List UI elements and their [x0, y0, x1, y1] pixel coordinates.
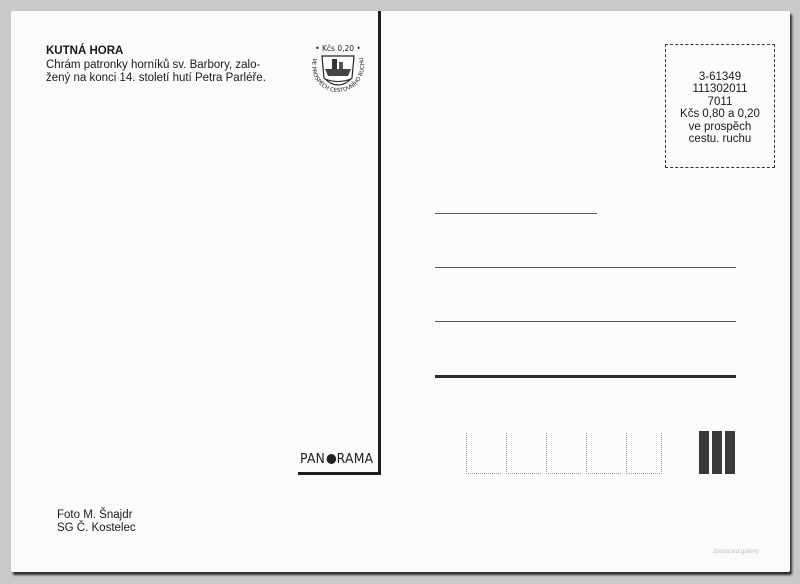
stamp-box-line: 3-61349	[699, 71, 741, 84]
stamp-box-line: cestu. ruchu	[689, 133, 752, 146]
postcode-digit-box[interactable]	[626, 433, 662, 474]
caption-heading: KUTNÁ HORA	[46, 45, 266, 59]
address-line-3[interactable]	[435, 321, 736, 322]
credits: Foto M. Šnajdr SG Č. Kostelec	[57, 509, 136, 535]
svg-text:• Kčs 0,20 •: • Kčs 0,20 •	[315, 44, 361, 53]
marker-bar	[725, 431, 735, 474]
center-divider	[378, 11, 381, 475]
imprinted-stamp: • Kčs 0,20 • VE PROSPĚCH CESTOVNÍHO RUCH…	[306, 42, 370, 106]
stamp-box-line: 111302011	[692, 83, 747, 96]
address-line-4[interactable]	[435, 375, 736, 378]
panorama-logo: PANRAMA	[300, 452, 373, 467]
postcode-marker-bars	[699, 431, 735, 474]
photo-credit: Foto M. Šnajdr	[57, 509, 136, 522]
address-line-2[interactable]	[435, 267, 736, 268]
watermark: 2postcard.gallery	[713, 549, 759, 555]
stamp-placeholder-box: 3-613491113020117011Kčs 0,80 a 0,20ve pr…	[665, 44, 775, 168]
globe-icon	[326, 454, 336, 464]
divider-foot	[298, 472, 381, 475]
caption-line-2: žený na konci 14. století hutí Petra Par…	[46, 72, 266, 86]
postcode-digit-box[interactable]	[586, 433, 621, 474]
stamp-box-line: ve prospěch	[689, 121, 752, 134]
postcode-digit-box[interactable]	[546, 433, 581, 474]
postcode-digit-box[interactable]	[506, 433, 541, 474]
stamp-box-line: 7011	[708, 96, 733, 109]
postcode-boxes[interactable]	[466, 430, 666, 474]
marker-bar	[699, 431, 709, 474]
postcode-digit-box[interactable]	[466, 433, 501, 474]
caption: KUTNÁ HORA Chrám patronky horníků sv. Ba…	[46, 45, 266, 86]
stamp-box-line: Kčs 0,80 a 0,20	[680, 108, 760, 121]
marker-bar	[712, 431, 722, 474]
address-line-1[interactable]	[435, 213, 597, 214]
caption-line-1: Chrám patronky horníků sv. Barbory, zalo…	[46, 59, 266, 73]
steamship-icon: • Kčs 0,20 • VE PROSPĚCH CESTOVNÍHO RUCH…	[306, 42, 370, 106]
printer-credit: SG Č. Kostelec	[57, 522, 136, 535]
